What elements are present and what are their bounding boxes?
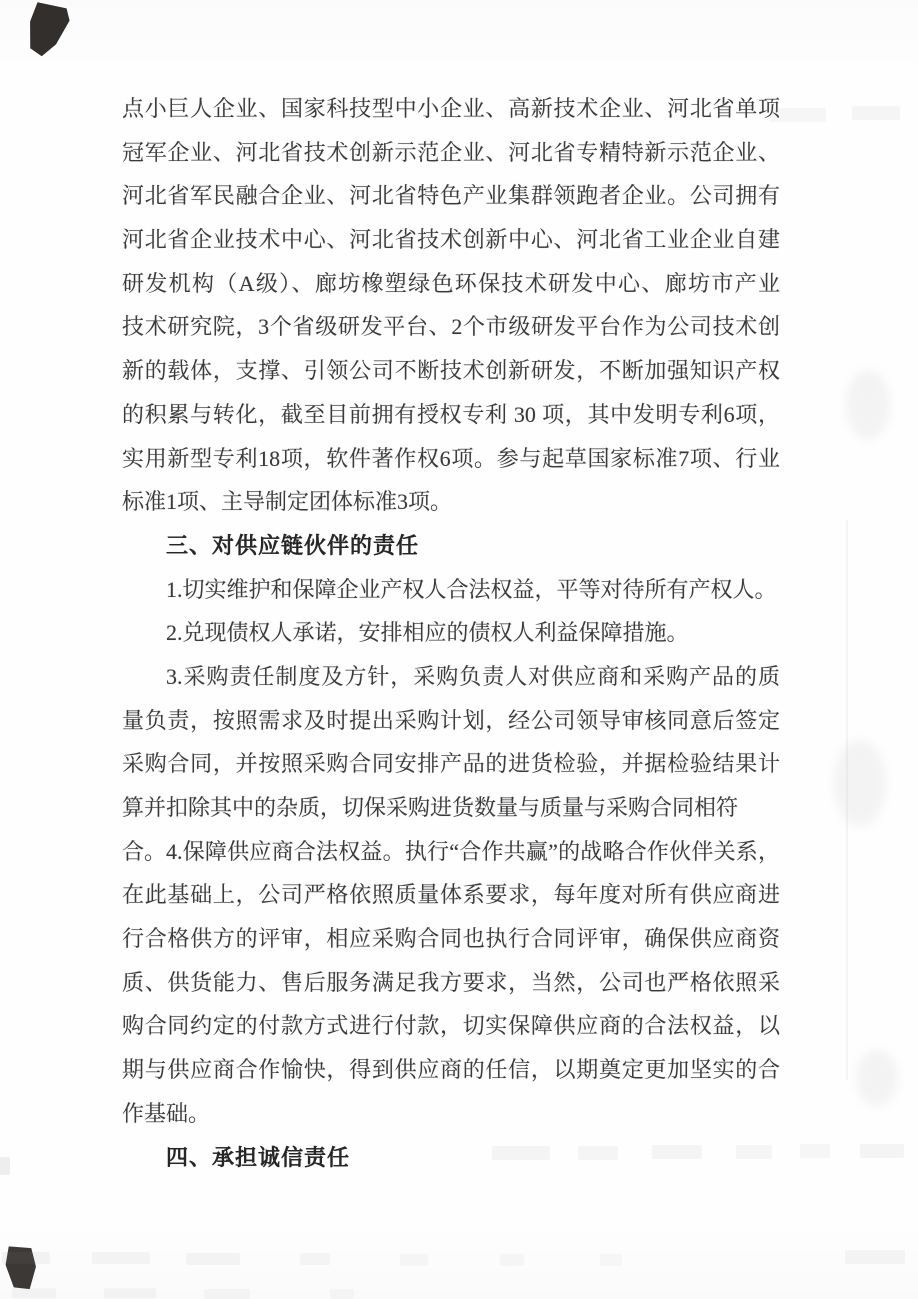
text-line: 新的载体，支撑、引领公司不断技术创新研发，不断加强知识产权	[122, 349, 780, 393]
text-line: 采购合同，并按照采购合同安排产品的进货检验，并据检验结果计	[122, 742, 780, 786]
bleed-through-mark	[845, 1250, 905, 1264]
text-line: 1.切实维护和保障企业产权人合法权益，平等对待所有产权人。	[122, 568, 780, 612]
bleed-through-mark	[800, 1144, 830, 1158]
text-line: 2.兑现债权人承诺，安排相应的债权人利益保障措施。	[122, 611, 780, 655]
scanned-page: 点小巨人企业、国家科技型中小企业、高新技术企业、河北省单项冠军企业、河北省技术创…	[0, 0, 918, 1299]
text-line: 量负责，按照需求及时提出采购计划，经公司领导审核同意后签定	[122, 699, 780, 743]
bleed-through-mark	[852, 106, 900, 120]
text-line: 技术研究院，3个省级研发平台、2个市级研发平台作为公司技术创	[122, 305, 780, 349]
bleed-through-mark	[0, 1157, 10, 1175]
bleed-through-mark	[330, 1289, 354, 1299]
bleed-through-mark	[600, 1254, 622, 1266]
text-line: 购合同约定的付款方式进行付款，切实保障供应商的合法权益，以	[122, 1004, 780, 1048]
scan-corner-mark-bottom-left	[3, 1243, 38, 1291]
bleed-through-mark	[104, 1288, 156, 1298]
text-line: 作基础。	[122, 1092, 780, 1136]
scan-smudge	[834, 740, 886, 826]
text-line: 算并扣除其中的杂质，切保采购进货数量与质量与采购合同相符合。	[122, 786, 780, 830]
text-line: 河北省企业技术中心、河北省技术创新中心、河北省工业企业自建	[122, 218, 780, 262]
text-line: 河北省军民融合企业、河北省特色产业集群领跑者企业。公司拥有	[122, 174, 780, 218]
bleed-through-mark	[92, 1252, 150, 1264]
text-line: 标准1项、主导制定团体标准3项。	[122, 480, 780, 524]
text-line: 在此基础上，公司严格依照质量体系要求，每年度对所有供应商进	[122, 873, 780, 917]
section-heading: 四、承担诚信责任	[122, 1136, 780, 1180]
text-line: 实用新型专利18项，软件著作权6项。参与起草国家标准7项、行业	[122, 437, 780, 481]
scan-corner-mark-top-left	[26, 2, 72, 60]
text-line: 行合格供方的评审，相应采购合同也执行合同评审，确保供应商资	[122, 917, 780, 961]
bleed-through-mark	[500, 1254, 524, 1266]
text-line: 质、供货能力、售后服务满足我方要求，当然，公司也严格依照采	[122, 961, 780, 1005]
scan-fold-line	[846, 520, 848, 1080]
bleed-through-mark	[204, 1289, 250, 1299]
text-line: 点小巨人企业、国家科技型中小企业、高新技术企业、河北省单项	[122, 87, 780, 131]
bleed-through-mark	[860, 1144, 904, 1158]
text-line: 研发机构（A级）、廊坊橡塑绿色环保技术研发中心、廊坊市产业	[122, 262, 780, 306]
text-line: 4.保障供应商合法权益。执行“合作共赢”的战略合作伙伴关系，	[122, 830, 780, 874]
bleed-through-mark	[2, 1252, 50, 1264]
text-line: 期与供应商合作愉快，得到供应商的任信，以期奠定更加坚实的合	[122, 1048, 780, 1092]
text-line: 冠军企业、河北省技术创新示范企业、河北省专精特新示范企业、	[122, 131, 780, 175]
scan-smudge	[846, 370, 890, 440]
text-line: 的积累与转化，截至目前拥有授权专利 30 项，其中发明专利6项，	[122, 393, 780, 437]
scan-smudge	[856, 1050, 898, 1106]
bleed-through-mark	[186, 1253, 240, 1265]
bleed-through-mark	[400, 1254, 428, 1266]
document-body: 点小巨人企业、国家科技型中小企业、高新技术企业、河北省单项冠军企业、河北省技术创…	[122, 87, 780, 1179]
text-line: 3.采购责任制度及方针，采购负责人对供应商和采购产品的质	[122, 655, 780, 699]
section-heading: 三、对供应链伙伴的责任	[122, 524, 780, 568]
bleed-through-mark	[300, 1253, 330, 1265]
bleed-through-mark	[12, 1288, 56, 1298]
